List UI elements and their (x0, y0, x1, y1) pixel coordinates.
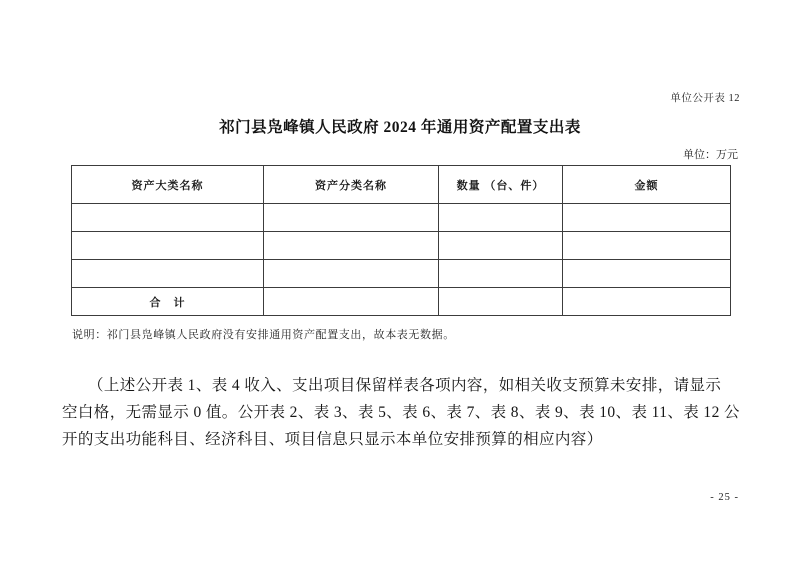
header-cell-asset-category: 资产大类名称 (72, 166, 264, 204)
empty-cell (563, 260, 731, 288)
empty-cell (264, 232, 439, 260)
table-row (72, 232, 731, 260)
empty-cell (439, 204, 563, 232)
total-value-cell (439, 288, 563, 316)
paragraph-line: 空白格，无需显示 0 值。公开表 2、表 3、表 5、表 6、表 7、表 8、表… (62, 399, 744, 426)
empty-cell (72, 232, 264, 260)
header-cell-quantity: 数量 （台、件） (439, 166, 563, 204)
page-title: 祁门县凫峰镇人民政府 2024 年通用资产配置支出表 (0, 115, 800, 137)
table-total-row: 合 计 (72, 288, 731, 316)
empty-cell (72, 204, 264, 232)
page-number: - 25 - (710, 492, 739, 503)
explanatory-paragraph: （上述公开表 1、表 4 收入、支出项目保留样表各项内容，如相关收支预算未安排，… (62, 372, 744, 453)
total-value-cell (264, 288, 439, 316)
empty-cell (563, 204, 731, 232)
unit-of-measure-label: 单位：万元 (683, 146, 738, 162)
empty-cell (439, 232, 563, 260)
total-value-cell (563, 288, 731, 316)
paragraph-line: 开的支出功能科目、经济科目、项目信息只显示本单位安排预算的相应内容） (62, 426, 744, 453)
table-note: 说明：祁门县凫峰镇人民政府没有安排通用资产配置支出，故本表无数据。 (72, 326, 455, 342)
header-cell-asset-class: 资产分类名称 (264, 166, 439, 204)
table-header-row: 资产大类名称 资产分类名称 数量 （台、件） 金额 (72, 166, 731, 204)
table-row (72, 260, 731, 288)
asset-expenditure-table: 资产大类名称 资产分类名称 数量 （台、件） 金额 合 计 (71, 165, 731, 316)
empty-cell (264, 260, 439, 288)
empty-cell (439, 260, 563, 288)
document-page: 单位公开表 12 祁门县凫峰镇人民政府 2024 年通用资产配置支出表 单位：万… (0, 0, 800, 565)
doc-index-label: 单位公开表 12 (670, 90, 740, 105)
header-cell-amount: 金额 (563, 166, 731, 204)
empty-cell (264, 204, 439, 232)
empty-cell (72, 260, 264, 288)
total-label-cell: 合 计 (72, 288, 264, 316)
empty-cell (563, 232, 731, 260)
paragraph-line: （上述公开表 1、表 4 收入、支出项目保留样表各项内容，如相关收支预算未安排，… (62, 372, 744, 399)
table-row (72, 204, 731, 232)
